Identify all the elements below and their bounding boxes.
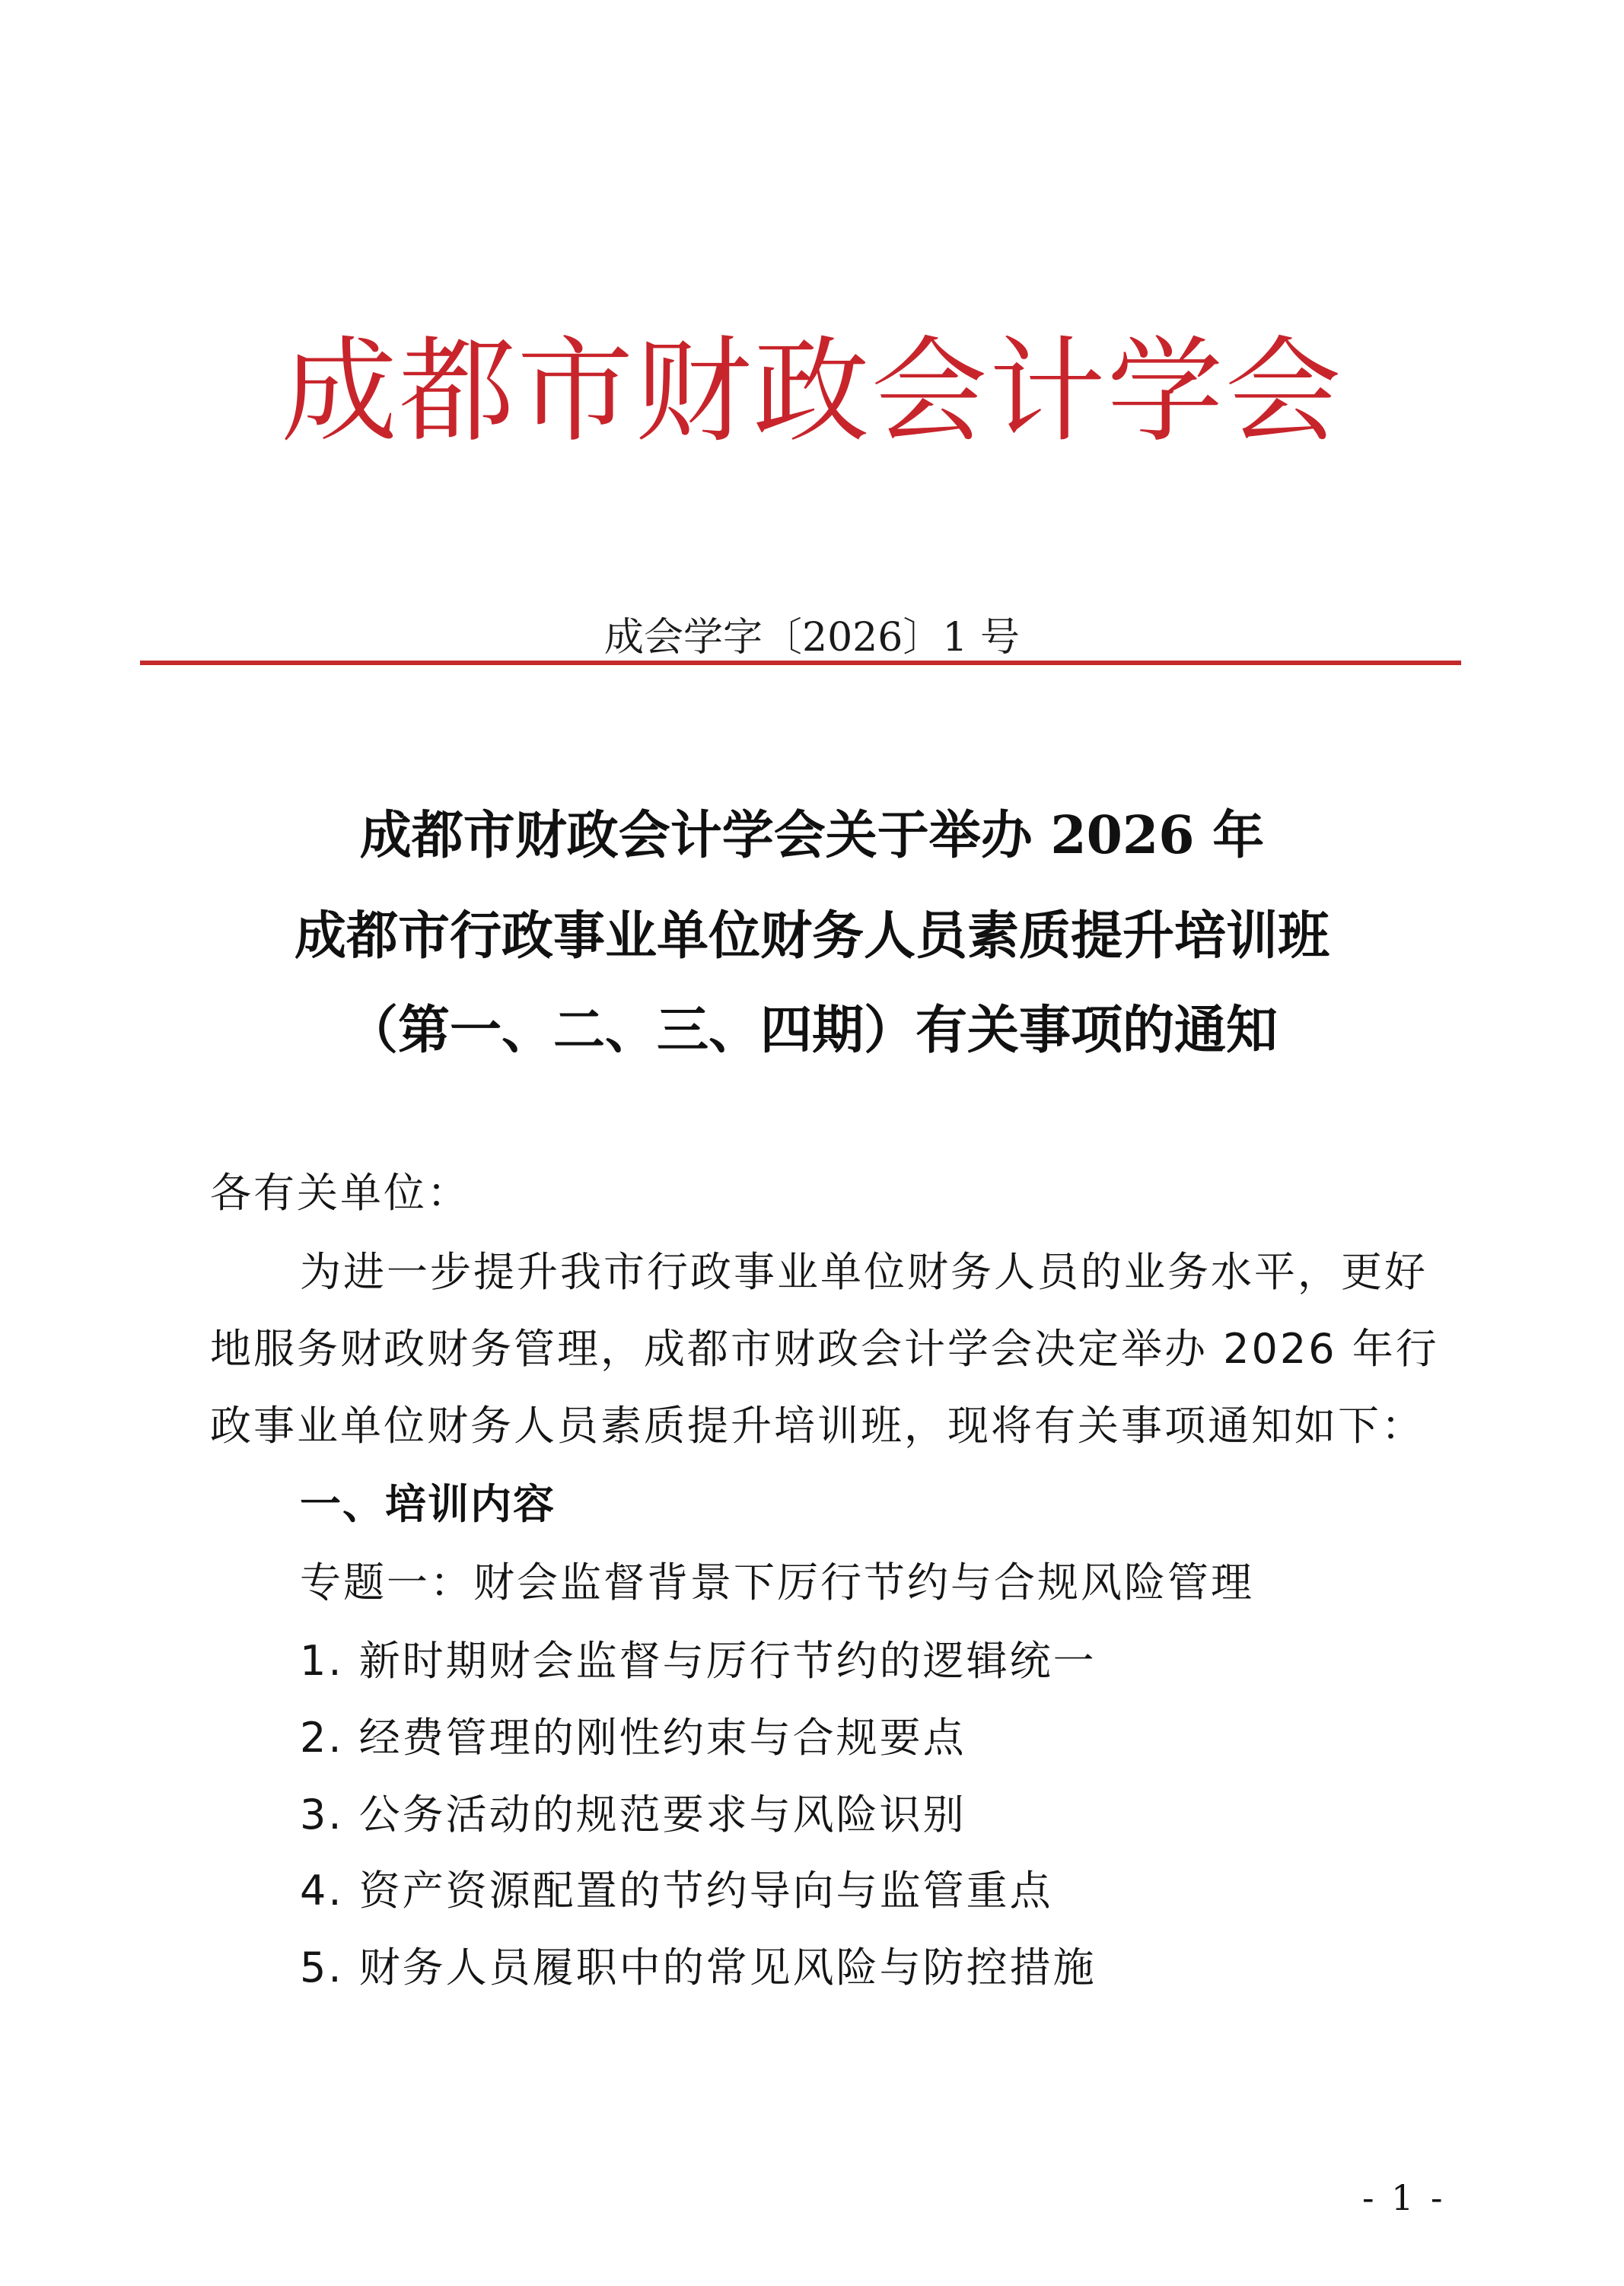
- section-heading: 一、培训内容: [300, 1480, 556, 1529]
- document-number: 成会学字〔2026〕1 号: [0, 615, 1624, 661]
- topic-item-3: 3. 公务活动的规范要求与风险识别: [300, 1791, 966, 1839]
- topic-item-1: 1. 新时期财会监督与厉行节约的逻辑统一: [300, 1637, 1097, 1686]
- intro-line-2: 地服务财政财务管理，成都市财政会计学会决定举办 2026 年行: [210, 1325, 1439, 1374]
- title-line-3: （第一、二、三、四期）有关事项的通知: [0, 1000, 1624, 1061]
- title-line-2: 成都市行政事业单位财务人员素质提升培训班: [0, 906, 1624, 966]
- topic-item-2: 2. 经费管理的刚性约束与合规要点: [300, 1714, 966, 1762]
- title-line-1: 成都市财政会计学会关于举办 2026 年: [0, 805, 1624, 866]
- intro-line-1: 为进一步提升我市行政事业单位财务人员的业务水平，更好: [300, 1248, 1428, 1297]
- topic-item-5: 5. 财务人员履职中的常见风险与防控措施: [300, 1944, 1097, 1992]
- red-divider: [140, 661, 1461, 665]
- page-number: - 1 -: [1362, 2176, 1446, 2219]
- org-header: 成都市财政会计学会: [0, 327, 1624, 457]
- topic-item-4: 4. 资产资源配置的节约导向与监管重点: [300, 1867, 1053, 1915]
- intro-line-3: 政事业单位财务人员素质提升培训班，现将有关事项通知如下：: [210, 1402, 1425, 1450]
- salutation: 各有关单位：: [210, 1169, 470, 1218]
- topic-title: 专题一：财会监督背景下厉行节约与合规风险管理: [300, 1558, 1254, 1607]
